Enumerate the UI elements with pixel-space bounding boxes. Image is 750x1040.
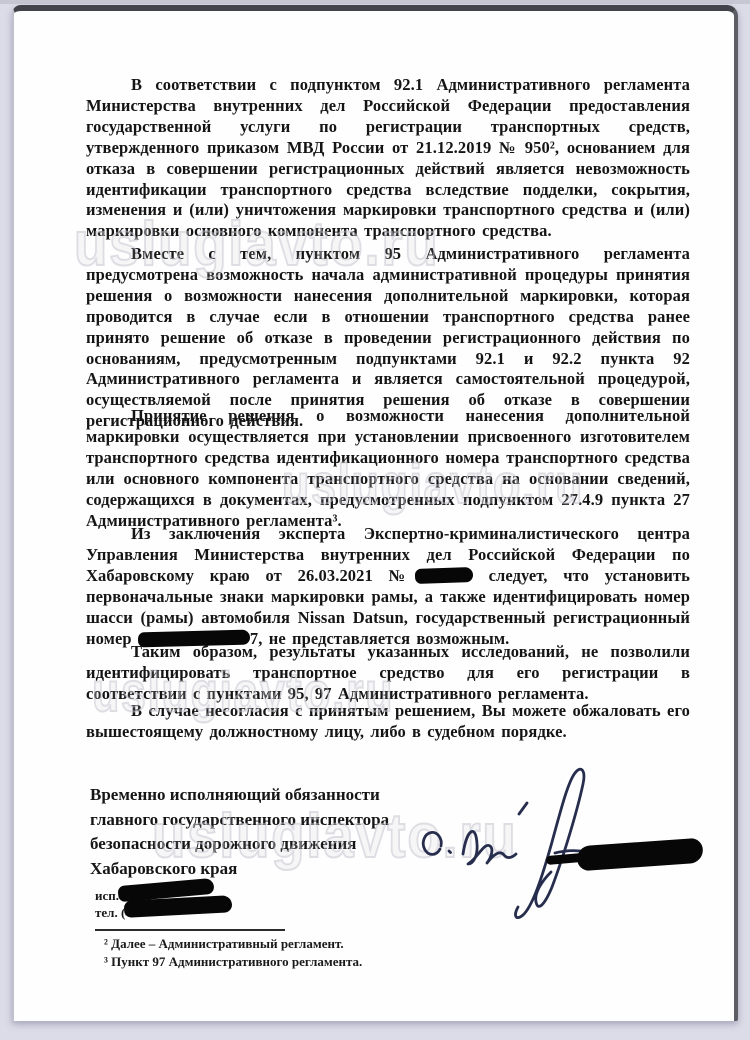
paragraph-expert-conclusion: Из заключения эксперта Экспертно-кримина… — [86, 524, 690, 649]
signature-flourish — [516, 769, 584, 917]
watermark-lower: uslugiavto.ru — [92, 659, 394, 724]
document-page: uslugiavto.ru uslugiavto.ru uslugiavto.r… — [12, 5, 738, 1021]
signature-middle-letters — [463, 831, 516, 864]
redaction-expert-report-number — [415, 567, 473, 584]
signature-accent-tick — [519, 803, 527, 814]
scanned-document-viewer: { "colors": { "background": "#dcdce8", "… — [0, 0, 750, 1040]
watermark-middle: uslugiavto.ru — [282, 451, 584, 516]
footnotes-block: ² Далее – Административный регламент. ³ … — [104, 935, 362, 970]
signature-initial-o — [423, 832, 450, 854]
footnote-separator — [95, 929, 285, 931]
watermark-upper: uslugiavto.ru — [74, 209, 439, 280]
footnote-2: ² Далее – Административный регламент. — [104, 935, 362, 953]
footnote-3: ³ Пункт 97 Административного регламента. — [104, 953, 362, 971]
